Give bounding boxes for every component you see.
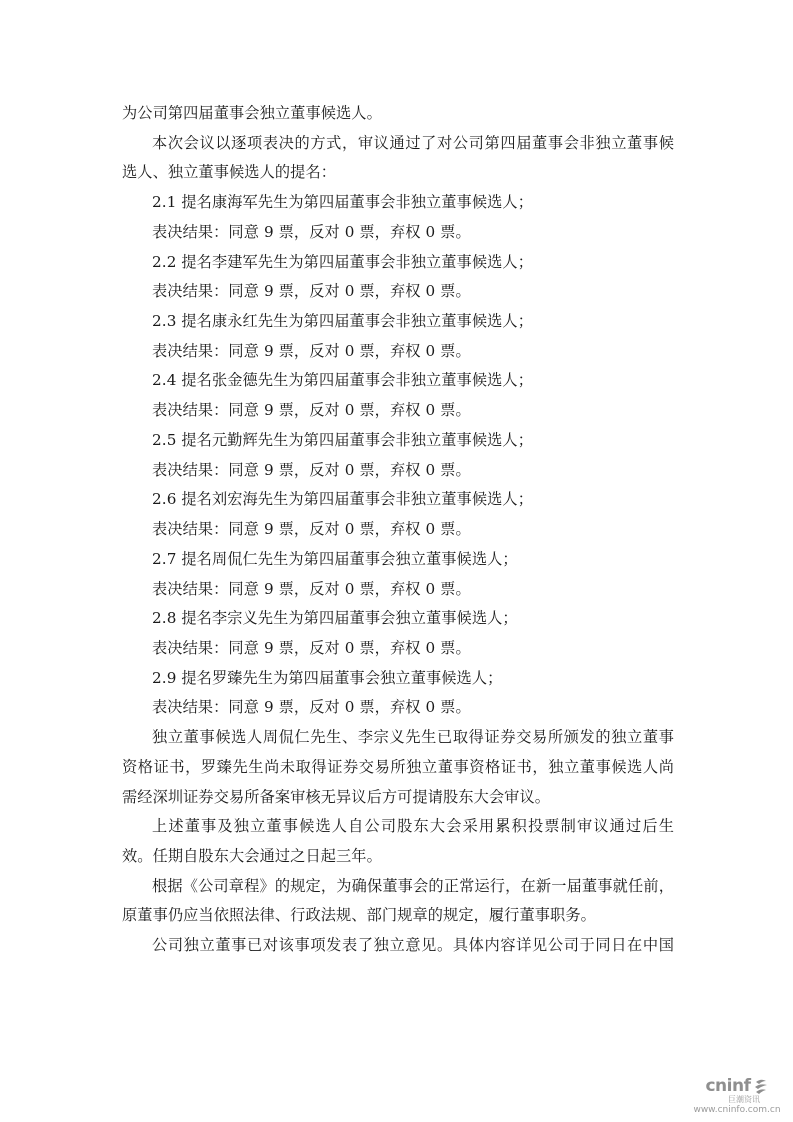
nomination-item: 2.8 提名李宗义先生为第四届董事会独立董事候选人； [122, 604, 674, 634]
vote-result: 表决结果：同意 9 票，反对 0 票，弃权 0 票。 [122, 634, 674, 664]
text-line: 资格证书，罗臻先生尚未取得证券交易所独立董事资格证书，独立董事候选人尚 [122, 753, 674, 783]
text-line: 需经深圳证券交易所备案审核无异议后方可提请股东大会审议。 [122, 783, 674, 813]
vote-result: 表决结果：同意 9 票，反对 0 票，弃权 0 票。 [122, 337, 674, 367]
nomination-item: 2.5 提名元勤辉先生为第四届董事会非独立董事候选人； [122, 426, 674, 456]
text-line: 公司独立董事已对该事项发表了独立意见。具体内容详见公司于同日在中国 [122, 931, 674, 961]
vote-result: 表决结果：同意 9 票，反对 0 票，弃权 0 票。 [122, 693, 674, 723]
logo-text: cninf [705, 1077, 750, 1095]
text-line: 选人、独立董事候选人的提名： [122, 158, 674, 188]
text-line: 上述董事及独立董事候选人自公司股东大会采用累积投票制审议通过后生 [122, 812, 674, 842]
vote-result: 表决结果：同意 9 票，反对 0 票，弃权 0 票。 [122, 456, 674, 486]
text-line: 原董事仍应当依照法律、行政法规、部门规章的规定，履行董事职务。 [122, 901, 674, 931]
vote-result: 表决结果：同意 9 票，反对 0 票，弃权 0 票。 [122, 396, 674, 426]
nomination-item: 2.7 提名周侃仁先生为第四届董事会独立董事候选人； [122, 545, 674, 575]
cninfo-url: www.cninfo.com.cn [689, 1105, 785, 1116]
document-body: 为公司第四届董事会独立董事候选人。 本次会议以逐项表决的方式，审议通过了对公司第… [122, 99, 674, 961]
vote-result: 表决结果：同意 9 票，反对 0 票，弃权 0 票。 [122, 277, 674, 307]
cninfo-chinese-name: 巨潮资讯 [689, 1095, 785, 1105]
nomination-item: 2.1 提名康海军先生为第四届董事会非独立董事候选人； [122, 188, 674, 218]
cninfo-watermark: cninf 巨潮资讯 www.cninfo.com.cn [689, 1077, 785, 1116]
text-line: 根据《公司章程》的规定，为确保董事会的正常运行，在新一届董事就任前， [122, 872, 674, 902]
nomination-item: 2.4 提名张金德先生为第四届董事会非独立董事候选人； [122, 366, 674, 396]
vote-result: 表决结果：同意 9 票，反对 0 票，弃权 0 票。 [122, 218, 674, 248]
cninfo-swirl-icon [753, 1078, 769, 1094]
text-line: 效。任期自股东大会通过之日起三年。 [122, 842, 674, 872]
text-line: 本次会议以逐项表决的方式，审议通过了对公司第四届董事会非独立董事候 [122, 129, 674, 159]
nomination-item: 2.6 提名刘宏海先生为第四届董事会非独立董事候选人； [122, 485, 674, 515]
nomination-item: 2.2 提名李建军先生为第四届董事会非独立董事候选人； [122, 248, 674, 278]
nomination-item: 2.9 提名罗臻先生为第四届董事会独立董事候选人； [122, 664, 674, 694]
vote-result: 表决结果：同意 9 票，反对 0 票，弃权 0 票。 [122, 515, 674, 545]
nomination-item: 2.3 提名康永红先生为第四届董事会非独立董事候选人； [122, 307, 674, 337]
vote-result: 表决结果：同意 9 票，反对 0 票，弃权 0 票。 [122, 575, 674, 605]
text-line: 独立董事候选人周侃仁先生、李宗义先生已取得证券交易所颁发的独立董事 [122, 723, 674, 753]
cninfo-logo: cninf [689, 1077, 785, 1095]
text-line: 为公司第四届董事会独立董事候选人。 [122, 99, 674, 129]
